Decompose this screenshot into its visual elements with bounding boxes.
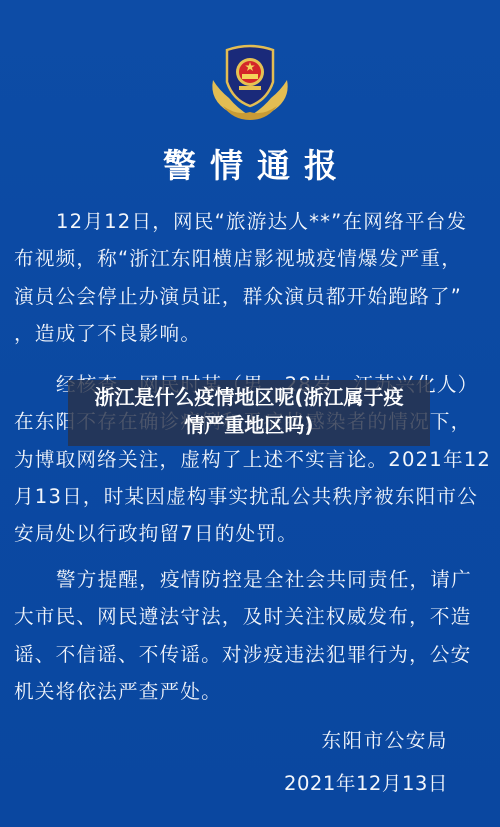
text-line: 布视频，称“浙江东阳横店影视城疫情爆发严重， [14, 240, 486, 277]
text-line: 12月12日，网民“旅游达人**”在网络平台发 [14, 203, 486, 240]
caption-overlay: 浙江是什么疫情地区呢(浙江属于疫 情严重地区吗) [68, 383, 430, 439]
text-line: 安局处以行政拘留7日的处罚。 [14, 515, 486, 552]
issuer-signature: 东阳市公安局 [321, 724, 448, 753]
text-line: 机关将依法严查严处。 [14, 673, 486, 710]
text-line: 谣、不信谣、不传谣。对涉疫违法犯罪行为，公安 [14, 636, 486, 673]
page-title: 警情通报 [0, 140, 500, 187]
text-line: ，造成了不良影响。 [14, 315, 486, 352]
notice-paragraph-3: 警方提醒，疫情防控是全社会共同责任，请广 大市民、网民遵法守法，及时关注权威发布… [14, 561, 486, 710]
caption-line-1: 浙江是什么疫情地区呢(浙江属于疫 [68, 383, 430, 411]
text-line: 大市民、网民遵法守法，及时关注权威发布，不造 [14, 598, 486, 635]
text-line: 为博取网络关注，虚构了上述不实言论。2021年12 [14, 441, 486, 478]
police-badge-icon [207, 42, 293, 122]
text-line: 月13日，时某因虚构事实扰乱公共秩序被东阳市公 [14, 478, 486, 515]
caption-line-2: 情严重地区吗) [68, 411, 430, 439]
text-line: 警方提醒，疫情防控是全社会共同责任，请广 [14, 561, 486, 598]
text-line: 演员公会停止办演员证，群众演员都开始跑路了” [14, 278, 486, 315]
issue-date: 2021年12月13日 [284, 767, 448, 796]
notice-paragraph-1: 12月12日，网民“旅游达人**”在网络平台发 布视频，称“浙江东阳横店影视城疫… [14, 203, 486, 352]
